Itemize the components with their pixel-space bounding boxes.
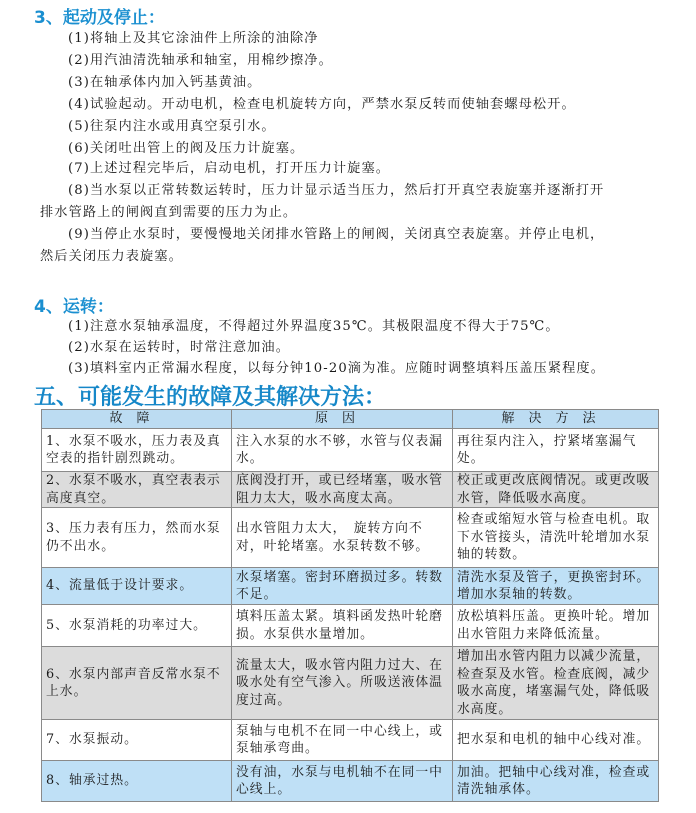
fault-cell: 5、水泵消耗的功率过大。 xyxy=(42,605,232,647)
section-3-item-8: (8)当水泵以正常转数运转时，压力计显示适当压力，然后打开真空表旋塞并逐渐打开 xyxy=(68,181,604,201)
solution-cell: 加油。把轴中心线对准，检查或清洗轴承体。 xyxy=(453,761,659,802)
cause-cell: 注入水泵的水不够，水管与仪表漏水。 xyxy=(232,429,453,472)
table-row: 1、水泵不吸水，压力表及真空表的指针剧烈跳动。 注入水泵的水不够，水管与仪表漏水… xyxy=(42,429,659,472)
section-3-item-6: (6)关闭吐出管上的阀及压力计旋塞。 xyxy=(68,139,304,159)
header-solution: 解决方法 xyxy=(453,410,659,429)
header-cause: 原因 xyxy=(232,410,453,429)
solution-cell: 清洗水泵及管子，更换密封环。增加水泵轴的转数。 xyxy=(453,568,659,605)
solution-cell: 把水泵和电机的轴中心线对准。 xyxy=(453,720,659,761)
fault-cell: 6、水泵内部声音反常水泵不上水。 xyxy=(42,647,232,720)
cause-cell: 出水管阻力太大， 旋转方向不对，叶轮堵塞。水泵转数不够。 xyxy=(232,508,453,568)
section-3-item-1: (1)将轴上及其它涂油件上所涂的油除净 xyxy=(68,29,319,49)
solution-cell: 增加出水管内阻力以减少流量，检查泵及水管。检查底阀，减少吸水高度，堵塞漏气处，降… xyxy=(453,647,659,720)
fault-cell: 2、水泵不吸水，真空表表示高度真空。 xyxy=(42,472,232,508)
fault-cell: 8、轴承过热。 xyxy=(42,761,232,802)
section-3-item-8-cont: 排水管路上的闸阀直到需要的压力为止。 xyxy=(40,203,297,223)
section-3-item-9: (9)当停止水泵时，要慢慢地关闭排水管路上的闸阀，关闭真空表旋塞。并停止电机， xyxy=(68,225,604,245)
section-3-item-9-cont: 然后关闭压力表旋塞。 xyxy=(40,247,183,267)
solution-cell: 放松填料压盖。更换叶轮。增加出水管阻力来降低流量。 xyxy=(453,605,659,647)
section-3-item-3: (3)在轴承体内加入钙基黄油。 xyxy=(68,73,261,93)
header-fault: 故障 xyxy=(42,410,232,429)
solution-cell: 再往泵内注入，拧紧堵塞漏气处。 xyxy=(453,429,659,472)
fault-table: 故障 原因 解决方法 1、水泵不吸水，压力表及真空表的指针剧烈跳动。 注入水泵的… xyxy=(41,409,659,802)
section-4-item-3: (3)填料室内正常漏水程度，以每分钟10-20滴为准。应随时调整填料压盖压紧程度… xyxy=(68,359,605,379)
cause-cell: 没有油，水泵与电机轴不在同一中心线上。 xyxy=(232,761,453,802)
solution-cell: 校正或更改底阀情况。或更改吸水管，降低吸水高度。 xyxy=(453,472,659,508)
table-row: 3、压力表有压力，然而水泵仍不出水。 出水管阻力太大， 旋转方向不对，叶轮堵塞。… xyxy=(42,508,659,568)
cause-cell: 底阀没打开，或已经堵塞，吸水管阻力太大，吸水高度太高。 xyxy=(232,472,453,508)
fault-cell: 7、水泵振动。 xyxy=(42,720,232,761)
table-row: 7、水泵振动。 泵轴与电机不在同一中心线上，或泵轴承弯曲。 把水泵和电机的轴中心… xyxy=(42,720,659,761)
cause-cell: 填料压盖太紧。填料函发热叶轮磨损。水泵供水量增加。 xyxy=(232,605,453,647)
fault-table-header: 故障 原因 解决方法 xyxy=(42,410,659,429)
cause-cell: 流量太大，吸水管内阻力过大、在吸水处有空气渗入。所吸送液体温度过高。 xyxy=(232,647,453,720)
section-3-item-2: (2)用汽油清洗轴承和轴室，用棉纱擦净。 xyxy=(68,51,333,71)
fault-cell: 1、水泵不吸水，压力表及真空表的指针剧烈跳动。 xyxy=(42,429,232,472)
cause-cell: 泵轴与电机不在同一中心线上，或泵轴承弯曲。 xyxy=(232,720,453,761)
solution-cell: 检查或缩短水管与检查电机。取下水管接头，清洗叶轮增加水泵轴的转数。 xyxy=(453,508,659,568)
section-3-heading: 3、起动及停止： xyxy=(34,3,165,28)
section-3-item-7: (7)上述过程完毕后，启动电机，打开压力计旋塞。 xyxy=(68,159,390,179)
section-4-item-2: (2)水泵在运转时，时常注意加油。 xyxy=(68,338,290,358)
section-4-heading: 4、运转： xyxy=(34,292,114,317)
table-row: 2、水泵不吸水，真空表表示高度真空。 底阀没打开，或已经堵塞，吸水管阻力太大，吸… xyxy=(42,472,659,508)
fault-cell: 3、压力表有压力，然而水泵仍不出水。 xyxy=(42,508,232,568)
cause-cell: 水泵堵塞。密封环磨损过多。转数不足。 xyxy=(232,568,453,605)
section-3-item-4: (4)试验起动。开动电机，检查电机旋转方向，严禁水泵反转而使轴套螺母松开。 xyxy=(68,95,576,115)
fault-cell: 4、流量低于设计要求。 xyxy=(42,568,232,605)
table-row: 6、水泵内部声音反常水泵不上水。 流量太大，吸水管内阻力过大、在吸水处有空气渗入… xyxy=(42,647,659,720)
section-4-item-1: (1)注意水泵轴承温度，不得超过外界温度35℃。其极限温度不得大于75℃。 xyxy=(68,317,560,337)
section-3-item-5: (5)往泵内注水或用真空泵引水。 xyxy=(68,117,276,137)
section-5-heading: 五、可能发生的故障及其解决方法： xyxy=(34,380,386,411)
table-row: 4、流量低于设计要求。 水泵堵塞。密封环磨损过多。转数不足。 清洗水泵及管子，更… xyxy=(42,568,659,605)
table-row: 8、轴承过热。 没有油，水泵与电机轴不在同一中心线上。 加油。把轴中心线对准，检… xyxy=(42,761,659,802)
table-row: 5、水泵消耗的功率过大。 填料压盖太紧。填料函发热叶轮磨损。水泵供水量增加。 放… xyxy=(42,605,659,647)
